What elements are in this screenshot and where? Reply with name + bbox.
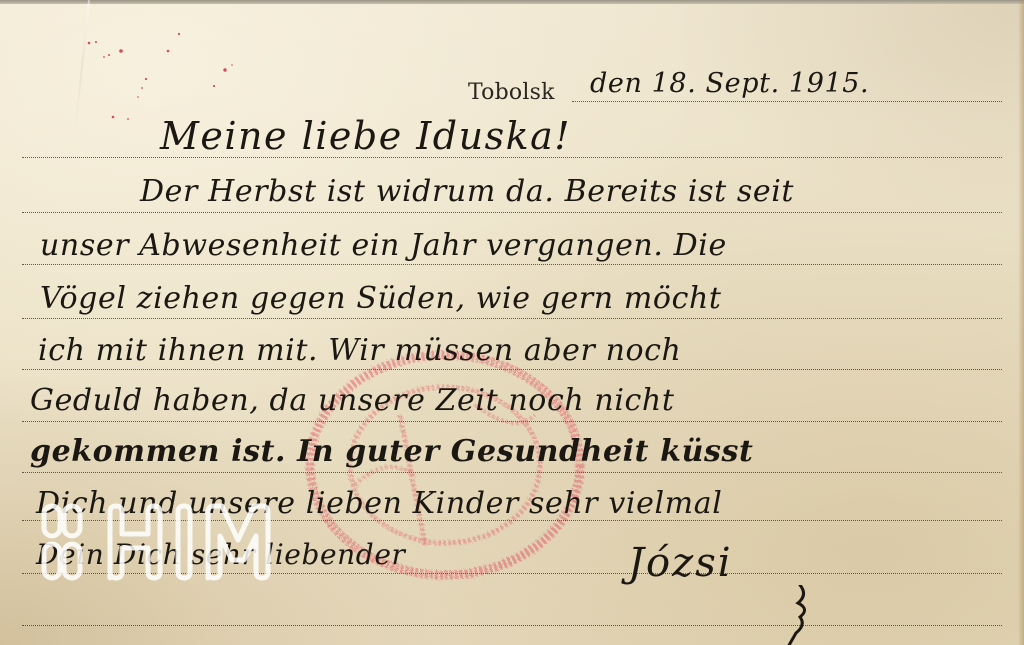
salutation: Meine liebe Iduska! <box>160 114 571 158</box>
letter-line: Der Herbst ist widrum da. Bereits ist se… <box>140 174 794 209</box>
ruled-line-3 <box>22 212 1002 213</box>
ruled-line-7 <box>22 421 1002 422</box>
letter-line: Dich und unsere lieben Kinder sehr vielm… <box>36 486 722 521</box>
printed-place-name: Tobolsk <box>468 80 555 105</box>
handwritten-date: den 18. Sept. 1915. <box>590 68 869 99</box>
ruled-line-5 <box>22 318 1002 319</box>
red-ink-specks <box>0 0 300 130</box>
ruled-line-6 <box>22 369 1002 370</box>
letter-line: Vögel ziehen gegen Süden, wie gern möcht <box>40 281 722 316</box>
letter-line: ich mit ihnen mit. Wir müssen aber noch <box>38 333 681 368</box>
ruled-line-8 <box>22 472 1002 473</box>
ruled-line-11 <box>22 625 1002 626</box>
scan-top-edge <box>0 0 1024 4</box>
postcard: Tobolsk den 18. Sept. 1915. Meine liebe … <box>0 0 1024 645</box>
signature-flourish <box>770 585 830 645</box>
letter-line: gekommen ist. In guter Gesundheit küsst <box>30 434 753 469</box>
ruled-line-1 <box>572 101 1002 102</box>
signature: Józsi <box>628 540 733 586</box>
letter-closing: Dein Dich sehr liebender <box>36 538 405 571</box>
letter-line: unser Abwesenheit ein Jahr vergangen. Di… <box>40 228 727 263</box>
worn-right-edge <box>1018 0 1024 645</box>
letter-line: Geduld haben, da unsere Zeit noch nicht <box>30 383 675 418</box>
ruled-line-10 <box>22 573 1002 574</box>
paper-crease <box>74 0 90 129</box>
ruled-line-4 <box>22 264 1002 265</box>
